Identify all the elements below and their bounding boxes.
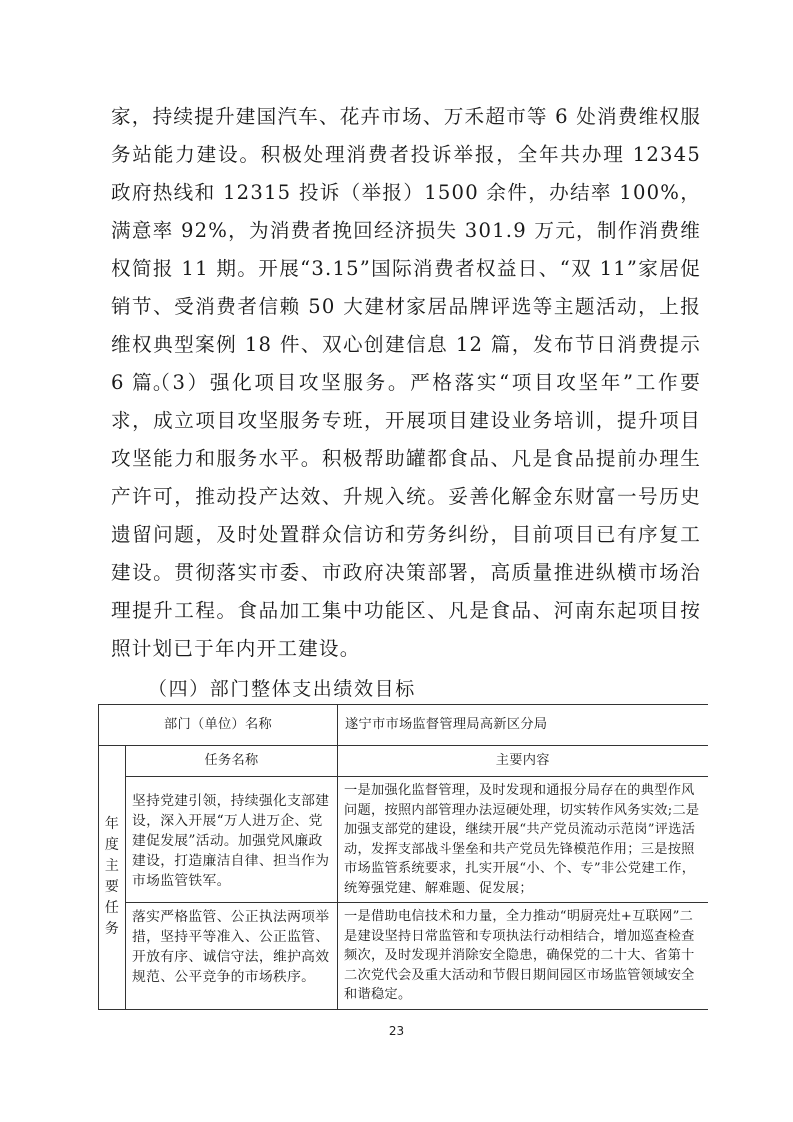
annual-tasks-label: 年 度 主 要 任 务 xyxy=(99,746,126,1010)
table-row-department: 部门（单位）名称 遂宁市市场监督管理局高新区分局 xyxy=(99,705,708,746)
column-header-content: 主要内容 xyxy=(338,746,708,777)
column-header-task: 任务名称 xyxy=(126,746,338,777)
task-content: 一是借助电信技术和力量，全力推动“明厨亮灶+互联网”二是建设坚持日常监管和专项执… xyxy=(338,903,708,1010)
label-char: 年 xyxy=(99,814,125,835)
page-number: 23 xyxy=(0,1024,793,1038)
body-paragraph-project-service: （3）强化项目攻坚服务。严格落实“项目攻坚年”工作要求，成立项目攻坚服务专班，开… xyxy=(111,364,701,668)
task-content: 一是加强化监督管理，及时发现和通报分局存在的典型作风问题，按照内部管理办法逗硬处… xyxy=(338,777,708,903)
dept-name-label: 部门（单位）名称 xyxy=(99,705,338,746)
label-char: 要 xyxy=(99,877,125,898)
table-row: 坚持党建引领，持续强化支部建设，深入开展“万人进万企、党建促发展”活动。加强党风… xyxy=(99,777,708,903)
table-row: 落实严格监管、公正执法两项举措，坚持平等准入、公正监管、开放有序、诚信守法，维护… xyxy=(99,903,708,1010)
label-char: 度 xyxy=(99,835,125,856)
performance-target-table: 部门（单位）名称 遂宁市市场监督管理局高新区分局 年 度 主 要 任 务 任务名… xyxy=(98,704,708,1010)
task-name: 落实严格监管、公正执法两项举措，坚持平等准入、公正监管、开放有序、诚信守法，维护… xyxy=(132,907,331,987)
label-char: 务 xyxy=(99,919,125,940)
body-paragraph-consumer-rights: 家，持续提升建国汽车、花卉市场、万禾超市等 6 处消费维权服务站能力建设。积极处… xyxy=(111,98,701,402)
label-char: 任 xyxy=(99,898,125,919)
task-cell: 坚持党建引领，持续强化支部建设，深入开展“万人进万企、党建促发展”活动。加强党风… xyxy=(126,777,338,903)
dept-name-value: 遂宁市市场监督管理局高新区分局 xyxy=(338,705,708,746)
section-heading: （四）部门整体支出绩效目标 xyxy=(148,674,416,704)
table-row-header: 年 度 主 要 任 务 任务名称 主要内容 xyxy=(99,746,708,777)
label-char: 主 xyxy=(99,856,125,877)
task-cell: 落实严格监管、公正执法两项举措，坚持平等准入、公正监管、开放有序、诚信守法，维护… xyxy=(126,903,338,1010)
task-name: 坚持党建引领，持续强化支部建设，深入开展“万人进万企、党建促发展”活动。加强党风… xyxy=(132,781,331,891)
